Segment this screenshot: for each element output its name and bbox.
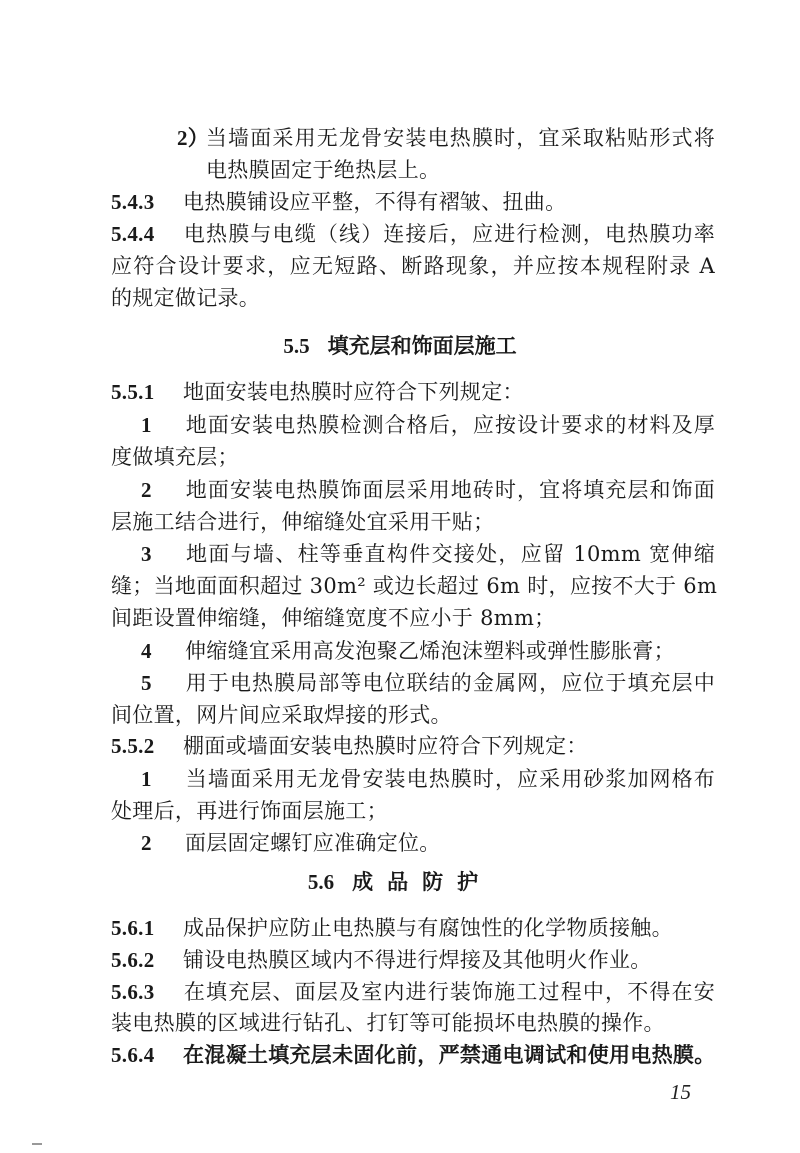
line-text: 面层固定螺钉应准确定位。 [185, 831, 441, 855]
section-title: 填充层和饰面层施工 [328, 334, 517, 358]
text-line: 的规定做记录。 [111, 283, 715, 313]
line-text: 间位置，网片间应采取焊接的形式。 [111, 703, 452, 727]
text-line: 1当墙面采用无龙骨安装电热膜时，应采用砂浆加网格布 [141, 764, 715, 794]
clause-number: 5.5.2 [111, 731, 183, 761]
text-line: 5.4.3电热膜铺设应平整，不得有褶皱、扭曲。 [111, 187, 715, 217]
line-text: 层施工结合进行，伸缩缝处宜采用干贴； [111, 510, 494, 534]
line-text: 铺设电热膜区域内不得进行焊接及其他明火作业。 [183, 948, 652, 972]
line-text: 用于电热膜局部等电位联结的金属网，应位于填充层中 [185, 671, 715, 695]
line-text: 在填充层、面层及室内进行装饰施工过程中，不得在安 [183, 980, 715, 1004]
line-text: 缝；当地面面积超过 30m² 或边长超过 6m 时，应按不大于 6m [111, 574, 717, 598]
line-text: 的规定做记录。 [111, 286, 260, 310]
line-text: 棚面或墙面安装电热膜时应符合下列规定： [183, 734, 588, 758]
line-text: 成品保护应防止电热膜与有腐蚀性的化学物质接触。 [183, 916, 673, 940]
text-line: 5.6.3在填充层、面层及室内进行装饰施工过程中，不得在安 [111, 977, 715, 1007]
item-number: 2 [141, 828, 185, 858]
item-number: 1 [141, 764, 185, 794]
section-number: 5.6 [308, 870, 334, 894]
item-number: 2） [177, 123, 205, 153]
line-text: 伸缩缝宜采用高发泡聚乙烯泡沫塑料或弹性膨胀膏； [185, 639, 675, 663]
section-number: 5.5 [283, 334, 309, 358]
line-text: 当墙面采用无龙骨安装电热膜时，宜采取粘贴形式将 [205, 126, 715, 150]
text-line: 2面层固定螺钉应准确定位。 [141, 828, 715, 858]
text-line: 缝；当地面面积超过 30m² 或边长超过 6m 时，应按不大于 6m [111, 571, 715, 601]
item-number: 3 [141, 539, 185, 569]
clause-number: 5.4.3 [111, 187, 183, 217]
text-line: 间位置，网片间应采取焊接的形式。 [111, 700, 715, 730]
text-line: 5.6.2铺设电热膜区域内不得进行焊接及其他明火作业。 [111, 945, 715, 975]
text-line: 度做填充层； [111, 442, 715, 472]
item-number: 5 [141, 668, 185, 698]
line-text: 装电热膜的区域进行钻孔、打钉等可能损坏电热膜的操作。 [111, 1011, 665, 1035]
item-number: 2 [141, 475, 185, 505]
text-line: 5用于电热膜局部等电位联结的金属网，应位于填充层中 [141, 668, 715, 698]
text-line: 3地面与墙、柱等垂直构件交接处，应留 10mm 宽伸缩 [141, 539, 715, 569]
text-line: 电热膜固定于绝热层上。 [206, 155, 715, 185]
line-text: 电热膜与电缆（线）连接后，应进行检测，电热膜功率 [183, 222, 715, 246]
clause-number: 5.6.1 [111, 913, 183, 943]
section-heading: 5.6成品防护 [0, 867, 800, 897]
line-text: 处理后，再进行饰面层施工； [111, 799, 388, 823]
text-line: 5.6.1成品保护应防止电热膜与有腐蚀性的化学物质接触。 [111, 913, 715, 943]
text-line: 5.5.1地面安装电热膜时应符合下列规定： [111, 377, 715, 407]
text-line: 5.6.4在混凝土填充层未固化前，严禁通电调试和使用电热膜。 [111, 1040, 715, 1070]
line-text: 间距设置伸缩缝，伸缩缝宽度不应小于 8mm； [111, 606, 555, 630]
text-line: 5.4.4电热膜与电缆（线）连接后，应进行检测，电热膜功率 [111, 219, 715, 249]
line-text: 当墙面采用无龙骨安装电热膜时，应采用砂浆加网格布 [185, 767, 715, 791]
line-text: 地面安装电热膜检测合格后，应按设计要求的材料及厚 [185, 413, 715, 437]
clause-number: 5.6.2 [111, 945, 183, 975]
clause-number: 5.4.4 [111, 219, 183, 249]
text-line: 4伸缩缝宜采用高发泡聚乙烯泡沫塑料或弹性膨胀膏； [141, 636, 715, 666]
text-line: 1地面安装电热膜检测合格后，应按设计要求的材料及厚 [141, 410, 715, 440]
line-text: 电热膜固定于绝热层上。 [206, 158, 440, 182]
page-number: 15 [670, 1080, 691, 1105]
clause-number: 5.5.1 [111, 377, 183, 407]
clause-number: 5.6.3 [111, 977, 183, 1007]
text-line: 5.5.2棚面或墙面安装电热膜时应符合下列规定： [111, 731, 715, 761]
scan-artifact [32, 1143, 42, 1145]
item-number: 1 [141, 410, 185, 440]
line-text: 电热膜铺设应平整，不得有褶皱、扭曲。 [183, 190, 566, 214]
section-heading: 5.5填充层和饰面层施工 [0, 331, 800, 361]
text-line: 装电热膜的区域进行钻孔、打钉等可能损坏电热膜的操作。 [111, 1008, 715, 1038]
document-page: 5.5填充层和饰面层施工5.6成品防护2）当墙面采用无龙骨安装电热膜时，宜采取粘… [0, 0, 800, 1153]
item-number: 4 [141, 636, 185, 666]
line-text: 在混凝土填充层未固化前，严禁通电调试和使用电热膜。 [183, 1043, 716, 1067]
clause-number: 5.6.4 [111, 1040, 183, 1070]
line-text: 地面安装电热膜时应符合下列规定： [183, 380, 524, 404]
text-line: 2）当墙面采用无龙骨安装电热膜时，宜采取粘贴形式将 [177, 123, 715, 153]
line-text: 地面安装电热膜饰面层采用地砖时，宜将填充层和饰面 [185, 478, 715, 502]
text-line: 2地面安装电热膜饰面层采用地砖时，宜将填充层和饰面 [141, 475, 715, 505]
line-text: 地面与墙、柱等垂直构件交接处，应留 10mm 宽伸缩 [185, 542, 715, 566]
text-line: 应符合设计要求，应无短路、断路现象，并应按本规程附录 A [111, 251, 715, 281]
text-line: 间距设置伸缩缝，伸缩缝宽度不应小于 8mm； [111, 603, 715, 633]
section-title: 成品防护 [352, 870, 492, 894]
text-line: 层施工结合进行，伸缩缝处宜采用干贴； [111, 507, 715, 537]
line-text: 应符合设计要求，应无短路、断路现象，并应按本规程附录 A [111, 254, 715, 278]
text-line: 处理后，再进行饰面层施工； [111, 796, 715, 826]
line-text: 度做填充层； [111, 445, 239, 469]
